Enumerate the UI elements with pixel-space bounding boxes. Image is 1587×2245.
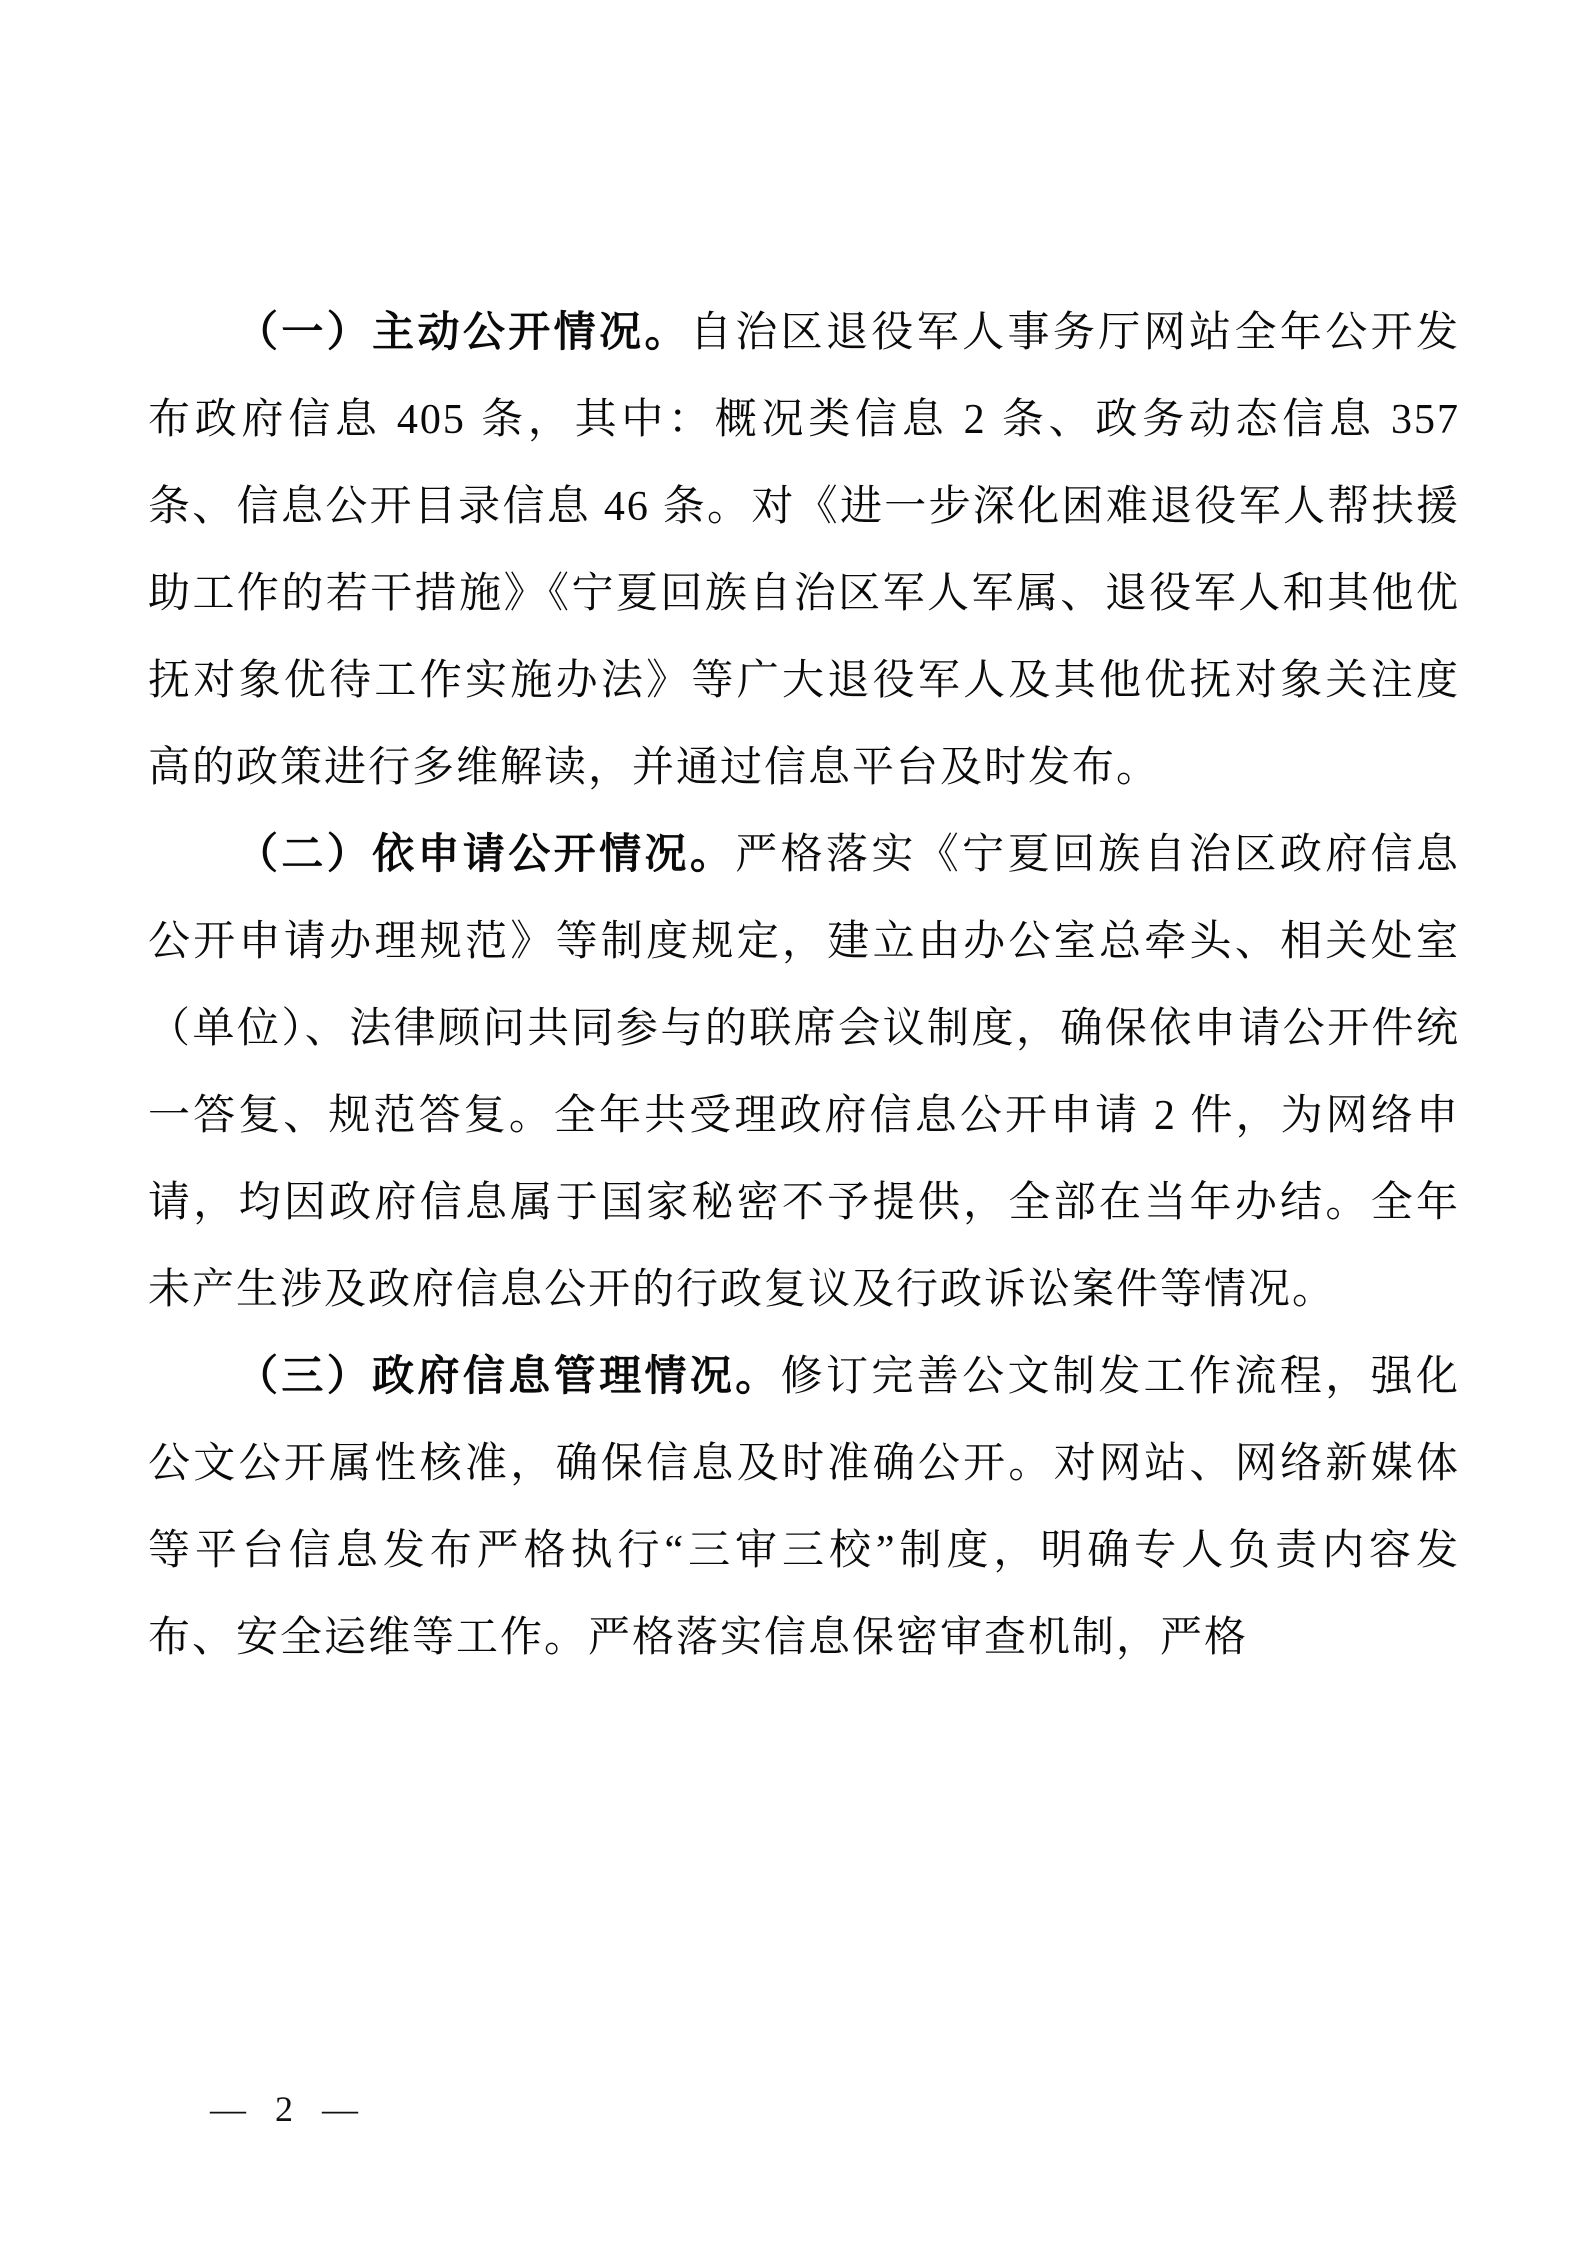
paragraph-information-management: （三）政府信息管理情况。修订完善公文制发工作流程，强化公文公开属性核准，确保信息… [148,1334,1460,1682]
document-body: （一）主动公开情况。自治区退役军人事务厅网站全年公开发布政府信息 405 条，其… [148,290,1460,1682]
paragraph-active-disclosure-body: 自治区退役军人事务厅网站全年公开发布政府信息 405 条，其中：概况类信息 2 … [148,310,1460,791]
paragraph-on-request-disclosure: （二）依申请公开情况。严格落实《宁夏回族自治区政府信息公开申请办理规范》等制度规… [148,812,1460,1334]
paragraph-active-disclosure-heading: （一）主动公开情况。 [236,310,690,356]
paragraph-information-management-body: 修订完善公文制发工作流程，强化公文公开属性核准，确保信息及时准确公开。对网站、网… [148,1354,1460,1661]
document-page: （一）主动公开情况。自治区退役军人事务厅网站全年公开发布政府信息 405 条，其… [0,0,1587,2245]
page-number: — 2 — [210,2088,368,2130]
paragraph-on-request-disclosure-heading: （二）依申请公开情况。 [236,832,735,878]
paragraph-information-management-heading: （三）政府信息管理情况。 [236,1354,781,1400]
paragraph-active-disclosure: （一）主动公开情况。自治区退役军人事务厅网站全年公开发布政府信息 405 条，其… [148,290,1460,812]
paragraph-on-request-disclosure-body: 严格落实《宁夏回族自治区政府信息公开申请办理规范》等制度规定，建立由办公室总牵头… [148,832,1460,1313]
